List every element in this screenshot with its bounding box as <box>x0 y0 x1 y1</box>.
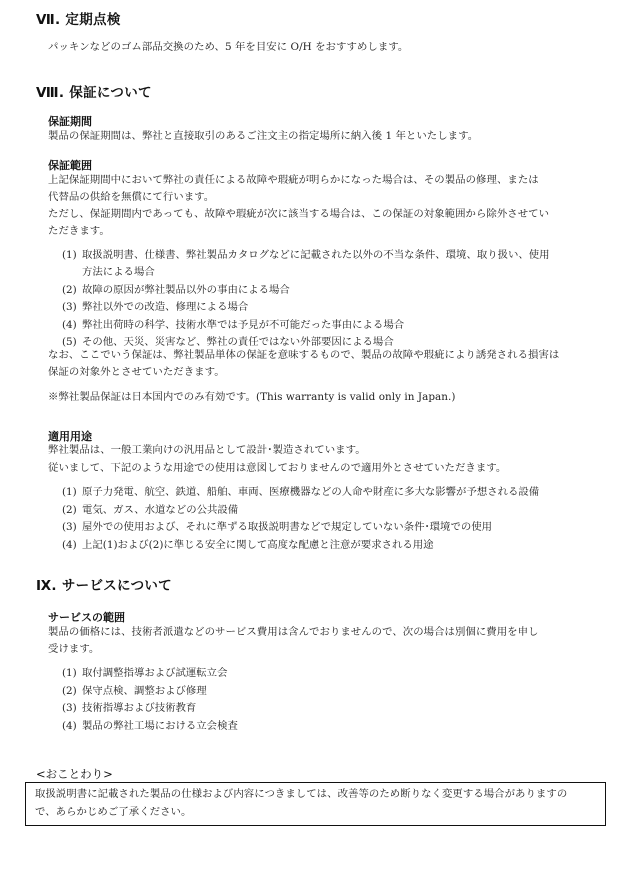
warranty-scope-line: ただし、保証期間内であっても、故障や瑕疵が次に該当する場合は、この保証の対象範囲… <box>48 206 549 224</box>
service-scope-line: 製品の価格には、技術者派遣などのサービス費用は含んでおりませんので、次の場合は別… <box>48 624 539 642</box>
warranty-scope-title: 保証範囲 <box>48 157 92 173</box>
warranty-scope-line: 上記保証期間中において弊社の責任による故障や瑕疵が明らかになった場合は、その製品… <box>48 172 539 190</box>
item-number: (2) <box>62 504 82 516</box>
service-scope-title: サービスの範囲 <box>48 609 125 625</box>
item-text: 屋外での使用および、それに準ずる取扱説明書などで規定していない条件･環境での使用 <box>82 521 492 533</box>
usage-exclusion-item: (3)屋外での使用および、それに準ずる取扱説明書などで規定していない条件･環境で… <box>62 518 492 533</box>
notice-line: 取扱説明書に記載された製品の仕様および内容につきましては、改善等のため断りなく変… <box>35 786 567 804</box>
item-text: 保守点検、調整および修理 <box>82 685 207 697</box>
exclusion-item: (5)その他、天災、災害など、弊社の責任ではない外部要因による場合 <box>62 333 394 348</box>
usage-exclusion-item: (1)原子力発電、航空、鉄道、船舶、車両、医療機器などの人命や財産に多大な影響が… <box>62 483 539 498</box>
service-item: (4)製品の弊社工場における立会検査 <box>62 717 238 732</box>
warranty-scope-line: ただきます。 <box>48 223 110 241</box>
item-text: 原子力発電、航空、鉄道、船舶、車両、医療機器などの人命や財産に多大な影響が予想さ… <box>82 486 539 498</box>
exclusion-item: (2)故障の原因が弊社製品以外の事由による場合 <box>62 281 290 296</box>
service-scope-line: 受けます。 <box>48 641 99 659</box>
item-number: (4) <box>62 319 82 331</box>
warranty-scope-line: 代替品の供給を無償にて行います。 <box>48 189 214 207</box>
warranty-note-line: なお、ここでいう保証は、弊社製品単体の保証を意味するもので、製品の故障や瑕疵によ… <box>48 347 559 365</box>
item-number: (2) <box>62 685 82 697</box>
section-9-heading: Ⅸ. サービスについて <box>36 574 172 594</box>
item-text: 弊社出荷時の科学、技術水準では予見が不可能だった事由による場合 <box>82 319 404 331</box>
exclusion-item: (1)取扱説明書、仕様書、弊社製品カタログなどに記載された以外の不当な条件、環境… <box>62 246 550 261</box>
item-text: 取扱説明書、仕様書、弊社製品カタログなどに記載された以外の不当な条件、環境、取り… <box>82 249 550 261</box>
usage-line: 弊社製品は、一般工業向けの汎用品として設計･製造されています。 <box>48 442 366 460</box>
notice-box: 取扱説明書に記載された製品の仕様および内容につきましては、改善等のため断りなく変… <box>25 782 606 826</box>
item-text: 電気、ガス、水道などの公共設備 <box>82 504 238 516</box>
exclusion-item: (4)弊社出荷時の科学、技術水準では予見が不可能だった事由による場合 <box>62 316 404 331</box>
section-7-heading: Ⅶ. 定期点検 <box>36 8 121 28</box>
item-number: (3) <box>62 301 82 313</box>
item-number: (4) <box>62 720 82 732</box>
item-number: (1) <box>62 486 82 498</box>
notice-line: で、あらかじめご了承ください。 <box>35 804 191 822</box>
section-7-body: パッキンなどのゴム部品交換のため、5 年を目安に O/H をおすすめします。 <box>48 39 408 57</box>
domestic-warranty-note: ※弊社製品保証は日本国内でのみ有効です。(This warranty is va… <box>48 389 455 407</box>
exclusion-item-continuation: 方法による場合 <box>82 263 155 278</box>
item-number: (1) <box>62 249 82 261</box>
item-number: (4) <box>62 539 82 551</box>
item-number: (3) <box>62 702 82 714</box>
warranty-period-body: 製品の保証期間は、弊社と直接取引のあるご注文主の指定場所に納入後 1 年といたし… <box>48 128 478 146</box>
item-text: 故障の原因が弊社製品以外の事由による場合 <box>82 284 290 296</box>
item-number: (1) <box>62 667 82 679</box>
service-item: (1)取付調整指導および試運転立会 <box>62 664 227 679</box>
item-text: 製品の弊社工場における立会検査 <box>82 720 238 732</box>
item-text: 技術指導および技術教育 <box>82 702 196 714</box>
item-number: (2) <box>62 284 82 296</box>
section-8-heading: Ⅷ. 保証について <box>36 81 152 101</box>
item-text: 取付調整指導および試運転立会 <box>82 667 227 679</box>
warranty-period-title: 保証期間 <box>48 113 92 129</box>
warranty-note-line: 保証の対象外とさせていただきます。 <box>48 364 225 382</box>
item-text: 弊社以外での改造、修理による場合 <box>82 301 248 313</box>
service-item: (3)技術指導および技術教育 <box>62 699 196 714</box>
service-item: (2)保守点検、調整および修理 <box>62 682 207 697</box>
usage-line: 従いまして、下記のような用途での使用は意図しておりませんので適用外とさせていただ… <box>48 460 506 478</box>
item-text: 上記(1)および(2)に準じる安全に関して高度な配慮と注意が要求される用途 <box>82 539 434 551</box>
usage-exclusion-item: (2)電気、ガス、水道などの公共設備 <box>62 501 238 516</box>
usage-exclusion-item: (4)上記(1)および(2)に準じる安全に関して高度な配慮と注意が要求される用途 <box>62 536 434 551</box>
item-number: (3) <box>62 521 82 533</box>
notice-title: <おことわり> <box>36 766 113 782</box>
exclusion-item: (3)弊社以外での改造、修理による場合 <box>62 298 248 313</box>
